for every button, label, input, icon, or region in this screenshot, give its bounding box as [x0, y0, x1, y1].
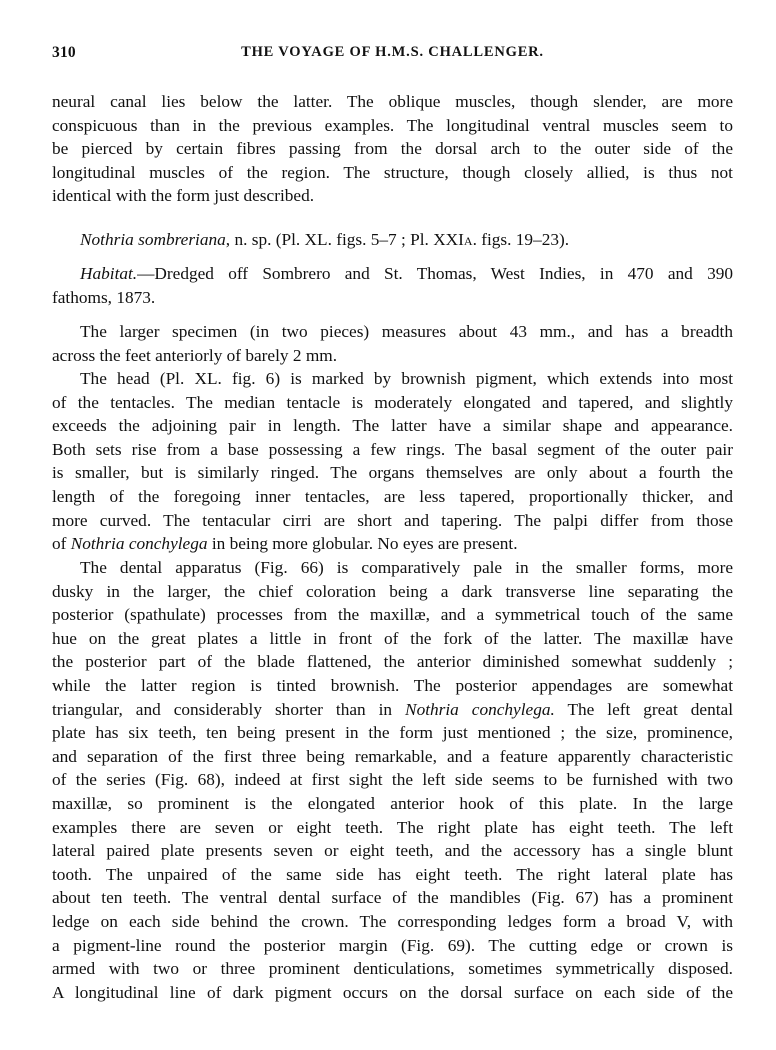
text-line: conspicuous than in the previous example…	[52, 114, 733, 138]
text-line: neural canal lies below the latter. The …	[52, 90, 733, 114]
text-fragment: of	[52, 534, 71, 553]
species-heading: Nothria sombreriana, n. sp. (Pl. XL. fig…	[52, 228, 733, 252]
text-line: The larger specimen (in two pieces) meas…	[52, 320, 733, 344]
text-line: examples there are seven or eight teeth.…	[52, 816, 733, 840]
species-heading-line: Nothria sombreriana, n. sp. (Pl. XL. fig…	[52, 228, 733, 252]
text-line: of the tentacles. The median tentacle is…	[52, 391, 733, 415]
text-line: The dental apparatus (Fig. 66) is compar…	[52, 556, 733, 580]
text-line: The head (Pl. XL. fig. 6) is marked by b…	[52, 367, 733, 391]
text-line: length of the foregoing inner tentacles,…	[52, 485, 733, 509]
text-line: A longitudinal line of dark pigment occu…	[52, 981, 733, 1005]
text-line: plate has six teeth, ten being present i…	[52, 721, 733, 745]
paragraph-specimen: The larger specimen (in two pieces) meas…	[52, 320, 733, 367]
text-line: of the series (Fig. 68), indeed at first…	[52, 768, 733, 792]
habitat-line: Habitat.—Dredged off Sombrero and St. Th…	[52, 262, 733, 286]
paragraph-dental: The dental apparatus (Fig. 66) is compar…	[52, 556, 733, 1004]
text-line: lateral paired plate presents seven or e…	[52, 839, 733, 863]
text-line: dusky in the larger, the chief coloratio…	[52, 580, 733, 604]
species-name: Nothria conchylega	[71, 534, 208, 553]
text-line: across the feet anteriorly of barely 2 m…	[52, 344, 733, 368]
text-fragment: in being more globular. No eyes are pres…	[208, 534, 518, 553]
species-heading-rest: , n. sp. (Pl. XL. figs. 5–7 ; Pl. XXI	[226, 230, 464, 249]
paragraph-head: The head (Pl. XL. fig. 6) is marked by b…	[52, 367, 733, 556]
text-line: hue on the great plates a little in fron…	[52, 627, 733, 651]
text-line: exceeds the adjoining pair in length. Th…	[52, 414, 733, 438]
species-name: Nothria sombreriana	[80, 230, 226, 249]
text-fragment: The left great dental	[555, 700, 733, 719]
text-line: a pigment-line round the posterior margi…	[52, 934, 733, 958]
text-line: while the latter region is tinted browni…	[52, 674, 733, 698]
document-page: 310 THE VOYAGE OF H.M.S. CHALLENGER. neu…	[0, 0, 776, 1050]
text-line: is smaller, but is similarly ringed. The…	[52, 461, 733, 485]
text-line: and separation of the first three being …	[52, 745, 733, 769]
habitat-paragraph: Habitat.—Dredged off Sombrero and St. Th…	[52, 262, 733, 309]
page-header: 310 THE VOYAGE OF H.M.S. CHALLENGER.	[52, 44, 733, 68]
running-title: THE VOYAGE OF H.M.S. CHALLENGER.	[52, 44, 733, 61]
text-line: maxillæ, so prominent is the elongated a…	[52, 792, 733, 816]
text-line: of Nothria conchylega in being more glob…	[52, 532, 733, 556]
text-line: Both sets rise from a base possessing a …	[52, 438, 733, 462]
text-line: identical with the form just described.	[52, 184, 733, 208]
species-heading-tail: . figs. 19–23).	[473, 230, 569, 249]
text-line: ledge on each side behind the crown. The…	[52, 910, 733, 934]
paragraph-continuation: neural canal lies below the latter. The …	[52, 90, 733, 208]
habitat-label: Habitat.	[80, 264, 137, 283]
text-line: longitudinal muscles of the region. The …	[52, 161, 733, 185]
text-line: fathoms, 1873.	[52, 286, 733, 310]
species-name: Nothria conchylega.	[405, 700, 555, 719]
text-fragment: triangular, and considerably shorter tha…	[52, 700, 405, 719]
text-line: tooth. The unpaired of the same side has…	[52, 863, 733, 887]
text-line: the posterior part of the blade flattene…	[52, 650, 733, 674]
plate-suffix: a	[464, 230, 473, 249]
text-line: posterior (spathulate) processes from th…	[52, 603, 733, 627]
text-line: more curved. The tentacular cirri are sh…	[52, 509, 733, 533]
text-line: be pierced by certain fibres passing fro…	[52, 137, 733, 161]
text-line: armed with two or three prominent dentic…	[52, 957, 733, 981]
text-line: about ten teeth. The ventral dental surf…	[52, 886, 733, 910]
habitat-text: —Dredged off Sombrero and St. Thomas, We…	[137, 264, 733, 283]
text-line: triangular, and considerably shorter tha…	[52, 698, 733, 722]
